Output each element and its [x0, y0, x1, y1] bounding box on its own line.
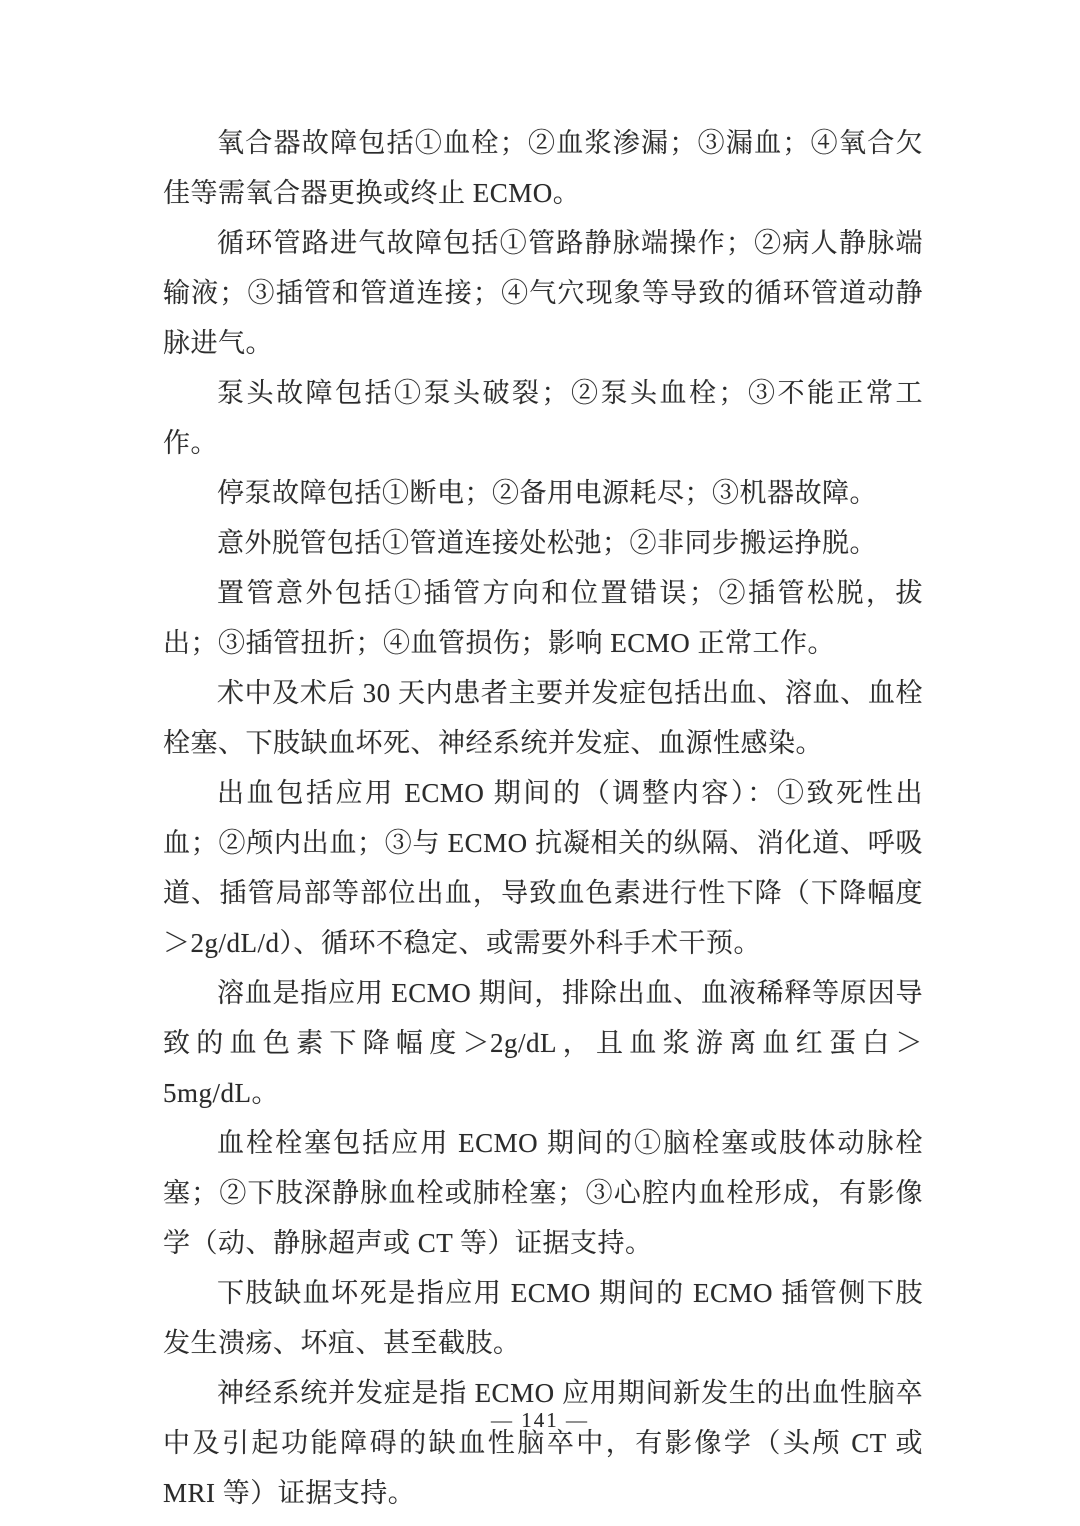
paragraph: 血栓栓塞包括应用 ECMO 期间的①脑栓塞或肢体动脉栓塞；②下肢深静脉血栓或肺栓… [163, 1118, 923, 1268]
paragraph: 出血包括应用 ECMO 期间的（调整内容）：①致死性出血；②颅内出血；③与 EC… [163, 768, 923, 968]
paragraph: 下肢缺血坏死是指应用 ECMO 期间的 ECMO 插管侧下肢发生溃疡、坏疽、甚至… [163, 1268, 923, 1368]
paragraph: 氧合器故障包括①血栓；②血浆渗漏；③漏血；④氧合欠佳等需氧合器更换或终止 ECM… [163, 118, 923, 218]
paragraph: 置管意外包括①插管方向和位置错误；②插管松脱，拔出；③插管扭折；④血管损伤；影响… [163, 568, 923, 668]
paragraph: 术中及术后 30 天内患者主要并发症包括出血、溶血、血栓栓塞、下肢缺血坏死、神经… [163, 668, 923, 768]
body-text: 氧合器故障包括①血栓；②血浆渗漏；③漏血；④氧合欠佳等需氧合器更换或终止 ECM… [163, 118, 923, 1518]
page-number: — 141 — [0, 1408, 1080, 1433]
paragraph: 泵头故障包括①泵头破裂；②泵头血栓；③不能正常工作。 [163, 368, 923, 468]
paragraph: 停泵故障包括①断电；②备用电源耗尽；③机器故障。 [163, 468, 923, 518]
paragraph: 意外脱管包括①管道连接处松弛；②非同步搬运挣脱。 [163, 518, 923, 568]
document-page: 氧合器故障包括①血栓；②血浆渗漏；③漏血；④氧合欠佳等需氧合器更换或终止 ECM… [0, 0, 1080, 1526]
paragraph: 溶血是指应用 ECMO 期间，排除出血、血液稀释等原因导致的血色素下降幅度＞2g… [163, 968, 923, 1118]
paragraph: 循环管路进气故障包括①管路静脉端操作；②病人静脉端输液；③插管和管道连接；④气穴… [163, 218, 923, 368]
paragraph: 神经系统并发症是指 ECMO 应用期间新发生的出血性脑卒中及引起功能障碍的缺血性… [163, 1368, 923, 1518]
